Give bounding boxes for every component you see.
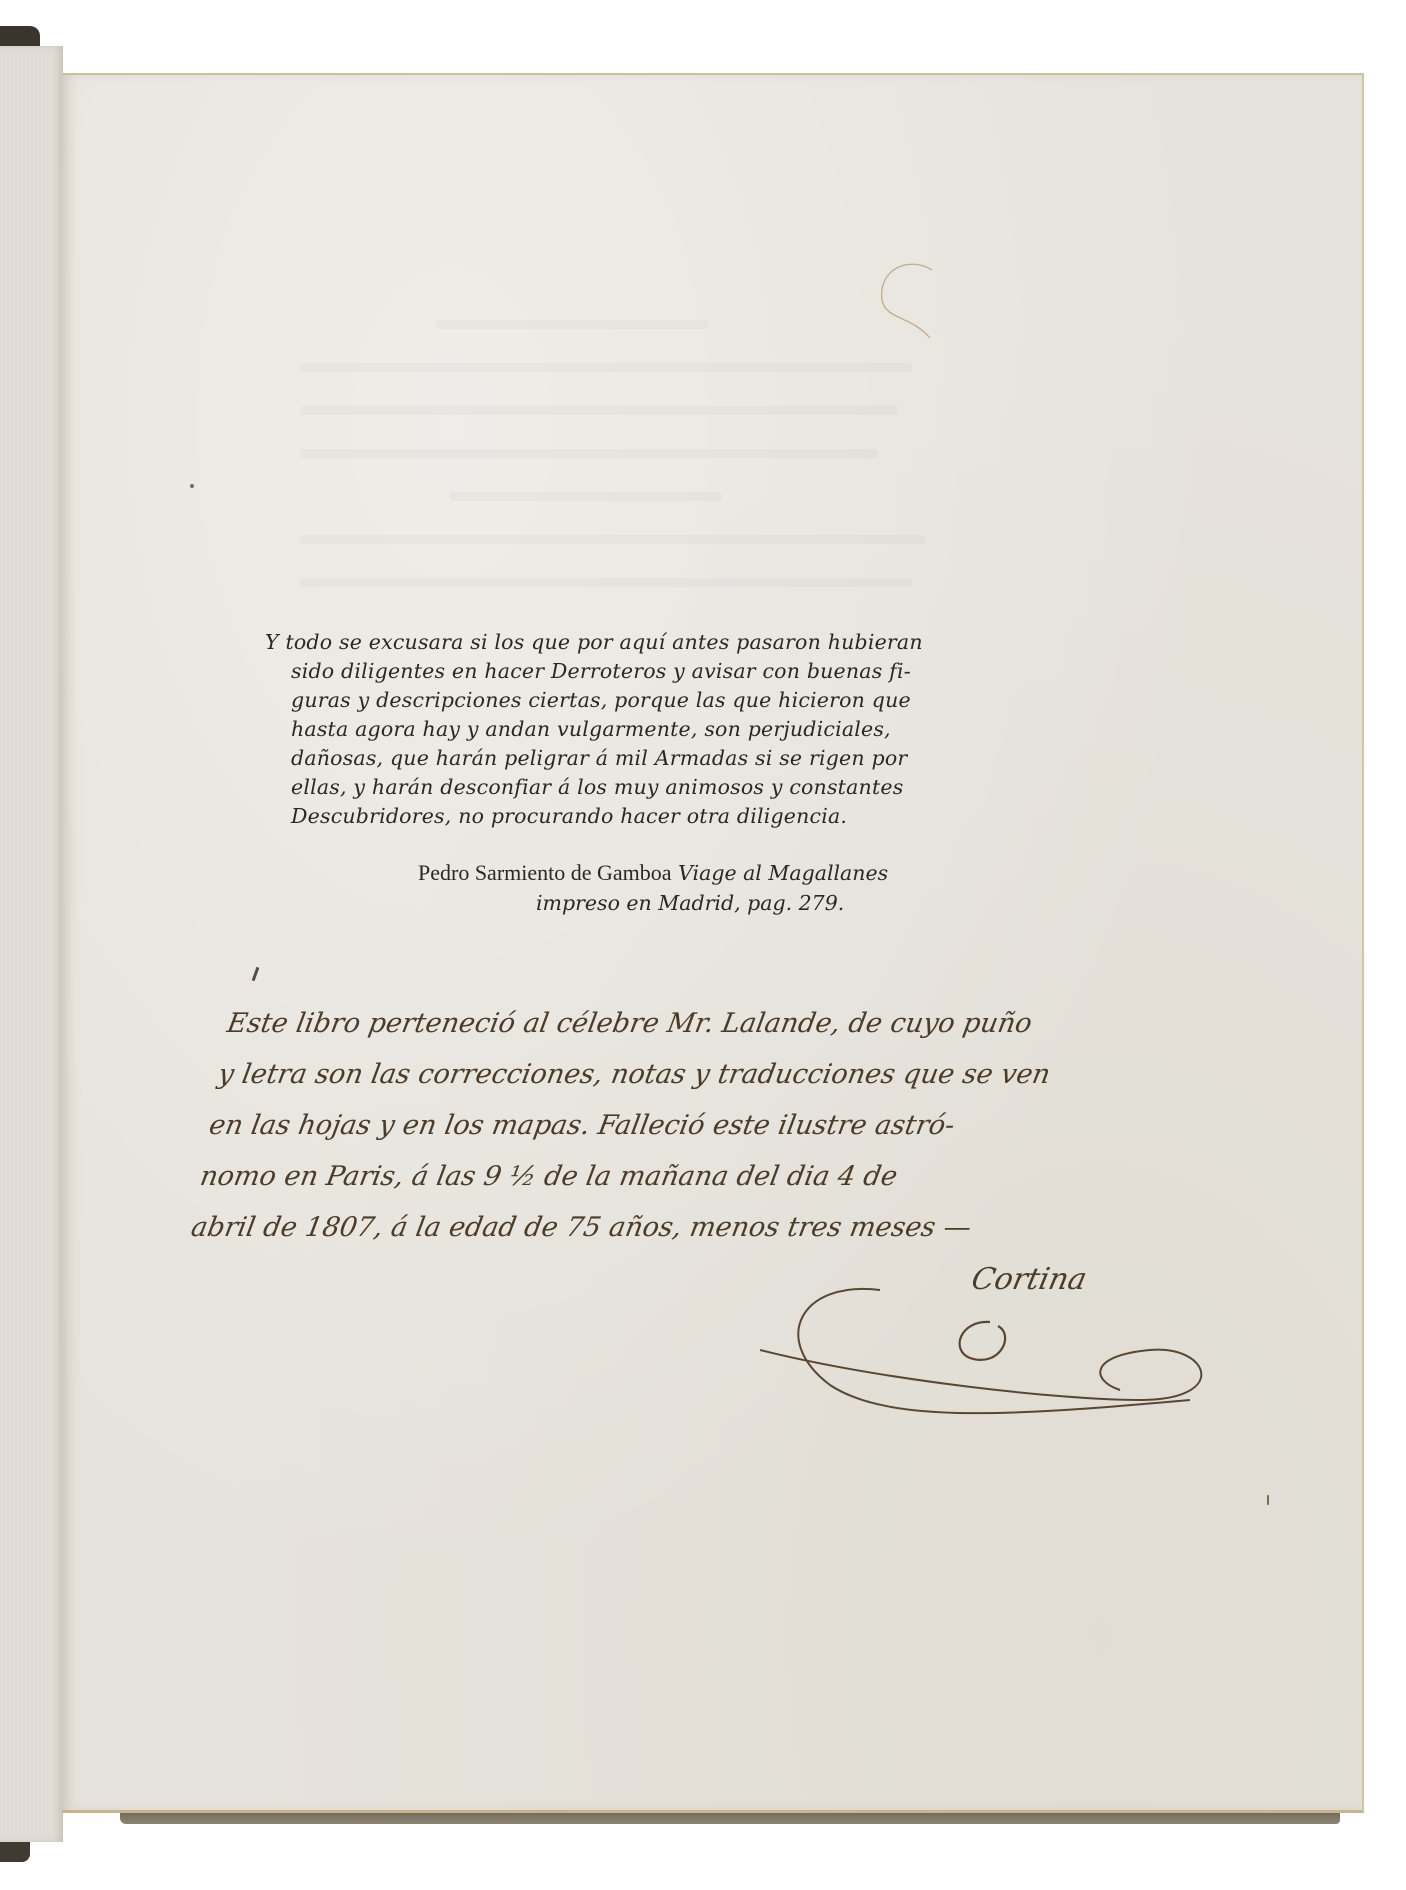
epigraph-line: guras y descripciones ciertas, porque la…: [265, 686, 995, 715]
signature-flourish: [760, 1250, 1220, 1430]
epigraph-line: sido diligentes en hacer Derroteros y av…: [265, 657, 995, 686]
previous-page-strip: [0, 46, 63, 1842]
attribution-title: Viage al Magallanes: [678, 861, 888, 885]
attribution-imprint: impreso en Madrid, pag. 279.: [418, 888, 998, 918]
manuscript-line: nomo en Paris, á las 9 ½ de la mañana de…: [196, 1151, 1305, 1202]
show-through-text: [300, 320, 980, 621]
stray-mark: [190, 484, 194, 488]
manuscript-line: Este libro perteneció al célebre Mr. Lal…: [223, 998, 1332, 1049]
manuscript-provenance-note: Este libro perteneció al célebre Mr. Lal…: [187, 998, 1332, 1253]
epigraph-line: ellas, y harán desconfiar á los muy anim…: [265, 773, 995, 802]
epigraph-line: hasta agora hay y andan vulgarmente, son…: [265, 715, 995, 744]
epigraph-attribution: Pedro Sarmiento de Gamboa Viage al Magal…: [418, 858, 998, 918]
epigraph-quote: Y todo se excusara si los que por aquí a…: [265, 628, 995, 831]
manuscript-line: en las hojas y en los mapas. Falleció es…: [205, 1100, 1314, 1151]
paper-fiber: [870, 260, 950, 350]
epigraph-line: Descubridores, no procurando hacer otra …: [265, 802, 995, 831]
manuscript-line: y letra son las correcciones, notas y tr…: [214, 1049, 1323, 1100]
manuscript-line: abril de 1807, á la edad de 75 años, men…: [187, 1202, 1296, 1253]
attribution-author: Pedro Sarmiento de Gamboa: [418, 860, 672, 885]
epigraph-line: Y todo se excusara si los que por aquí a…: [265, 628, 995, 657]
stray-mark: [1267, 1495, 1269, 1505]
epigraph-line: dañosas, que harán peligrar á mil Armada…: [265, 744, 995, 773]
